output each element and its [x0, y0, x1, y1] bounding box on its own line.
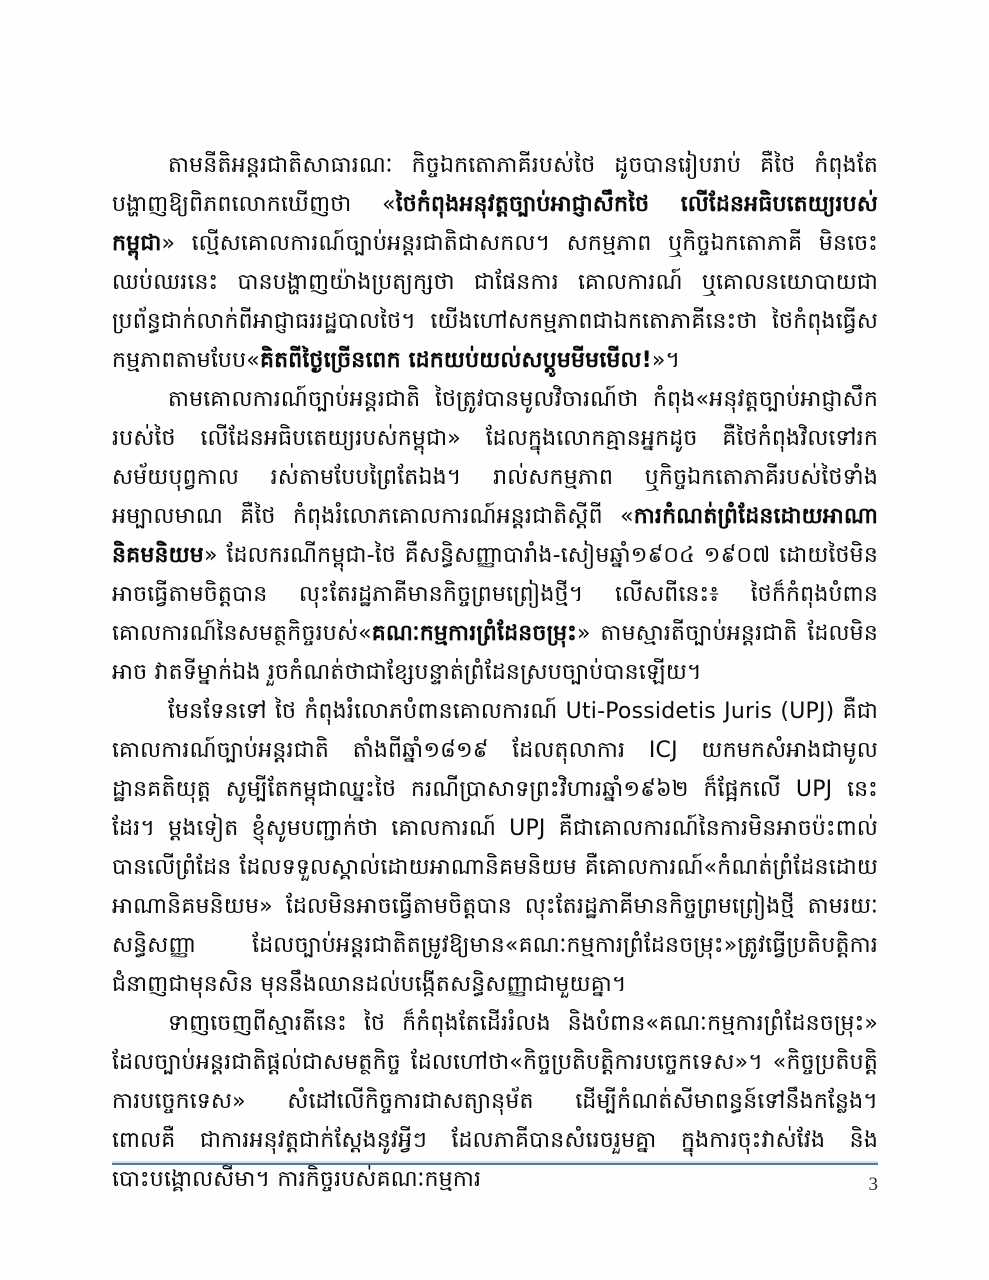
text-run: មែនទែនទៅ ថៃ កំពុងរំលោភបំពានគោលការណ៍ Uti-…	[112, 699, 878, 997]
paragraph: តាមនីតិអន្តរជាតិសាធារណៈ កិច្ចឯកតោភាគីរបស…	[112, 146, 878, 380]
paragraph: មែនទែនទៅ ថៃ កំពុងរំលោភបំពានគោលការណ៍ Uti-…	[112, 692, 878, 1004]
page-number: 3	[112, 1174, 878, 1196]
footer-divider	[112, 1163, 878, 1165]
document-body: តាមនីតិអន្តរជាតិសាធារណៈ កិច្ចឯកតោភាគីរបស…	[112, 146, 878, 1199]
text-run: »។	[652, 348, 680, 373]
paragraph: តាមគោលការណ៍ច្បាប់អន្តរជាតិ ថៃត្រូវបានមូល…	[112, 380, 878, 692]
document-page: តាមនីតិអន្តរជាតិសាធារណៈ កិច្ចឯកតោភាគីរបស…	[0, 0, 989, 1280]
bold-text-run: គិតពីថ្ងៃច្រើនពេក ដេកយប់យល់សប្ដូមមីមមើល!	[260, 348, 652, 373]
bold-text-run: គណៈកម្មការព្រំដែនចម្រុះ	[372, 621, 577, 646]
paragraph: ទាញចេញពីស្មារតីនេះ ថៃ ក៏កំពុងតែដើររំលង ន…	[112, 1004, 878, 1199]
